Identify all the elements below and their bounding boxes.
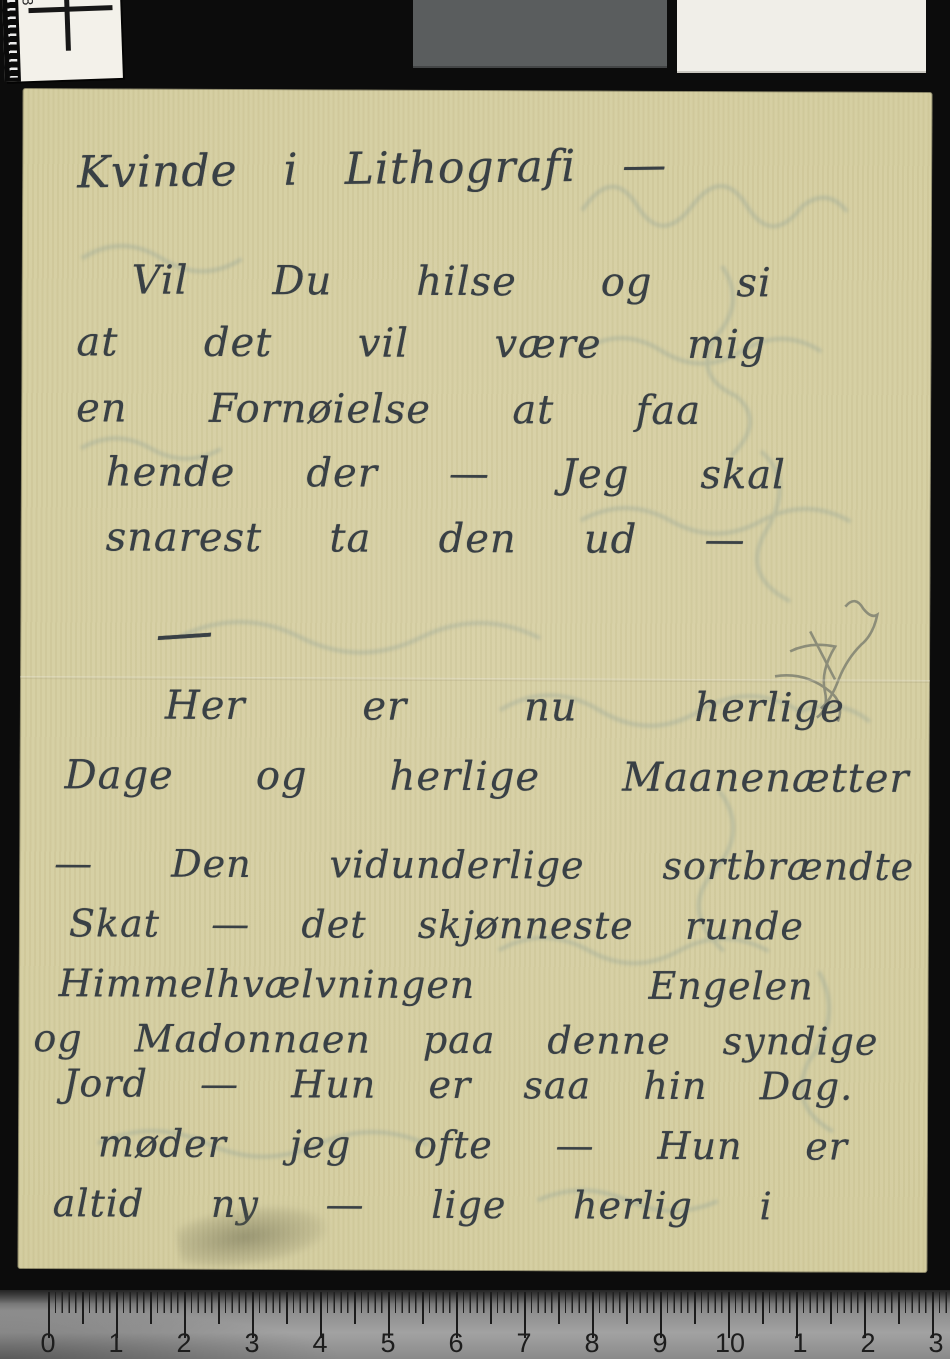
handwriting-line: Her er nu herlige bbox=[165, 684, 845, 731]
letter-page: Kvinde i Lithografi — Vil Du hilse og si… bbox=[17, 88, 932, 1273]
ruler-number: 9 bbox=[652, 1328, 667, 1359]
ruler-number: 3 bbox=[244, 1328, 259, 1359]
crosshair-icon bbox=[28, 5, 112, 12]
ruler-number: 1 bbox=[108, 1328, 123, 1359]
ruler-number: 7 bbox=[516, 1328, 531, 1359]
handwriting-line: Jord — Hun er saa hin Dag. bbox=[63, 1063, 853, 1108]
calibration-scale-strip bbox=[2, 0, 21, 82]
handwriting-line: at det vil være mig bbox=[76, 320, 766, 367]
ruler-number: 6 bbox=[448, 1328, 463, 1359]
ruler-number: 4 bbox=[312, 1328, 327, 1359]
ruler-number: 1 bbox=[792, 1328, 807, 1359]
calibration-label: 8 bbox=[19, 0, 35, 6]
handwriting-line: Dage og herlige Maanenætter bbox=[64, 753, 909, 801]
white-reference-patch bbox=[677, 0, 926, 73]
handwriting-dash: — bbox=[153, 599, 216, 667]
handwriting-line: Himmelhvælvningen Engelen bbox=[59, 963, 814, 1008]
ruler-number: 2 bbox=[860, 1328, 875, 1359]
handwriting-line: hende der — Jeg skal bbox=[106, 450, 786, 497]
ruler-number: 8 bbox=[584, 1328, 599, 1359]
handwriting-line: snarest ta den ud — bbox=[106, 515, 746, 562]
ruler-number: 3 bbox=[928, 1328, 943, 1359]
handwriting-line: og Madonnaen paa denne syndige bbox=[33, 1018, 878, 1063]
handwriting-line: Kvinde i Lithografi — bbox=[77, 142, 668, 198]
ruler-number: 5 bbox=[380, 1328, 395, 1359]
gray-reference-patch bbox=[413, 0, 667, 68]
handwriting-line: en Fornøielse at faa bbox=[76, 386, 701, 433]
handwriting-line: møder jeg ofte — Hun er bbox=[98, 1123, 848, 1168]
calibration-card: 8 bbox=[2, 0, 123, 82]
handwriting-line: — Den vidunderlige sortbrændte bbox=[54, 843, 914, 889]
ruler-number: 0 bbox=[40, 1328, 55, 1359]
measurement-ruler: 0 1 2 3 4 5 6 7 8 9 10 1 2 3 bbox=[0, 1290, 950, 1359]
ruler-number: 10 bbox=[715, 1328, 745, 1359]
handwriting-line: Vil Du hilse og si bbox=[132, 258, 772, 305]
handwriting-line: Skat — det skjønneste runde bbox=[69, 903, 804, 948]
handwriting-line: altid ny — lige herlig i bbox=[53, 1183, 773, 1228]
ruler-number: 2 bbox=[176, 1328, 191, 1359]
calibration-scale-ticks bbox=[7, 0, 18, 78]
